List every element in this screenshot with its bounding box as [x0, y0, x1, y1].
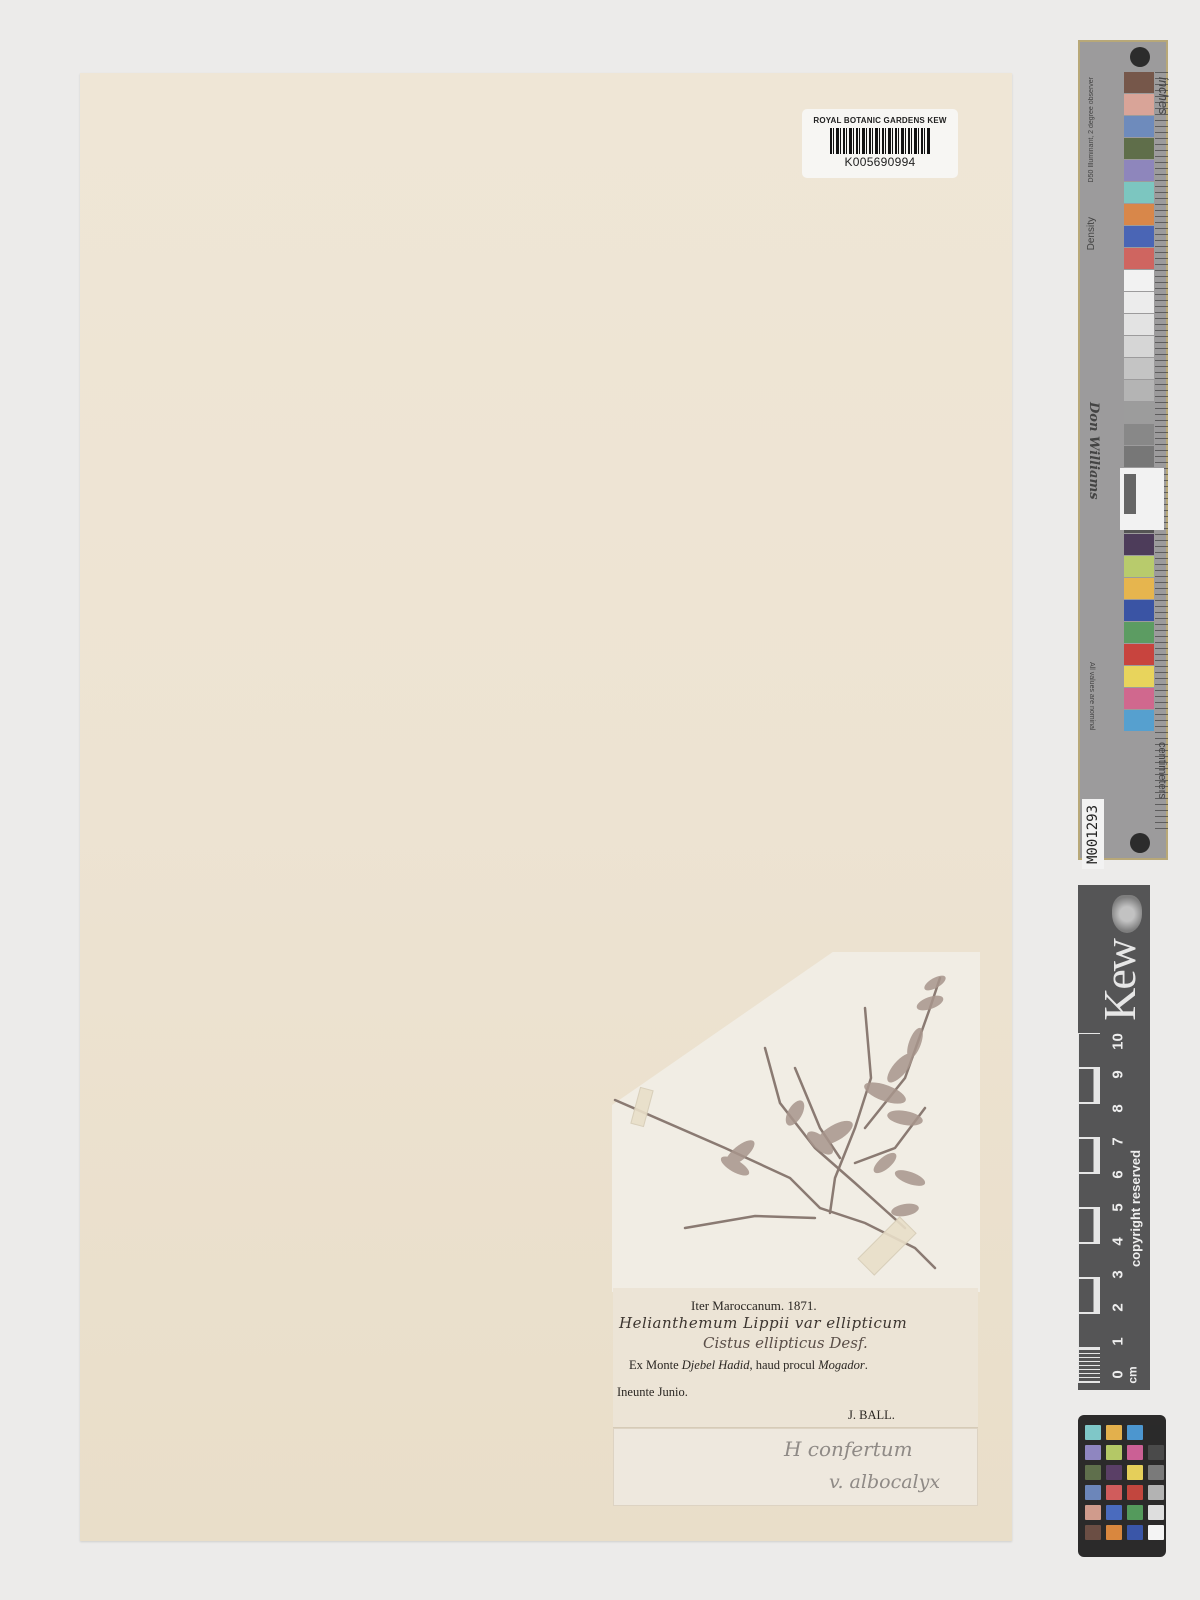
color-swatch [1124, 600, 1154, 621]
scale-number: 2 [1110, 1298, 1127, 1318]
scale-number: 10 [1110, 1032, 1127, 1052]
copyright-notice: copyright reserved [1128, 1033, 1143, 1383]
color-swatch [1124, 160, 1154, 181]
color-swatch [1124, 226, 1154, 247]
color-swatch [1124, 622, 1154, 643]
color-swatch [1124, 72, 1154, 93]
color-patch [1148, 1465, 1164, 1480]
determination-line-1: H confertum [784, 1437, 913, 1461]
barcode-number: K005690994 [802, 155, 958, 169]
scale-number: 9 [1110, 1065, 1127, 1085]
locality-prefix: Ex Monte [629, 1358, 682, 1372]
color-swatch [1124, 578, 1154, 599]
kew-crest-icon [1112, 895, 1142, 933]
color-patch [1106, 1505, 1122, 1520]
locality-end: . [865, 1358, 868, 1372]
color-swatch [1124, 666, 1154, 687]
color-patch [1085, 1505, 1101, 1520]
centimeter-scale [1078, 1033, 1100, 1383]
ruler-nominal-note: All values are nominal [1088, 662, 1095, 730]
kew-scale-bar: Kew 012345678910 copyright reserved cm [1078, 885, 1150, 1390]
color-patch [1148, 1425, 1164, 1440]
ruler-brand-label: Don Williams [1086, 402, 1101, 500]
color-swatch [1124, 138, 1154, 159]
color-swatch [1124, 292, 1154, 313]
ruler-hole-icon [1130, 833, 1150, 853]
color-swatch [1124, 336, 1154, 357]
scale-number: 0 [1110, 1364, 1127, 1384]
color-swatch [1124, 446, 1154, 467]
color-swatch [1124, 270, 1154, 291]
kew-logo: Kew [1093, 940, 1146, 1021]
handwritten-synonym: Cistus ellipticus Desf. [703, 1334, 868, 1352]
color-swatch [1124, 534, 1154, 555]
color-patch [1127, 1485, 1143, 1500]
scale-number: 1 [1110, 1331, 1127, 1351]
color-patch [1148, 1485, 1164, 1500]
color-patch [1127, 1525, 1143, 1540]
color-swatch [1124, 358, 1154, 379]
color-patch [1085, 1465, 1101, 1480]
color-swatch [1124, 182, 1154, 203]
collector: J. BALL. [848, 1408, 895, 1423]
color-swatch [1124, 248, 1154, 269]
color-swatch [1124, 710, 1154, 731]
color-swatch [1124, 556, 1154, 577]
color-patch [1106, 1445, 1122, 1460]
determination-slip: H confertum v. albocalyx [613, 1428, 978, 1506]
determination-line-2: v. albocalyx [829, 1471, 940, 1493]
gray-target [1120, 468, 1164, 530]
dried-plant-icon [605, 948, 980, 1288]
ruler-illuminant-label: D50 Illuminant, 2 degree observer [1088, 77, 1095, 182]
color-swatch [1124, 688, 1154, 709]
color-patch [1127, 1465, 1143, 1480]
barcode-icon [830, 128, 930, 154]
color-swatch [1124, 94, 1154, 115]
color-patch [1127, 1445, 1143, 1460]
unit-label: cm [1126, 1366, 1140, 1383]
barcode-label: ROYAL BOTANIC GARDENS KEW K005690994 [802, 109, 958, 178]
locality-mountain: Djebel Hadid [682, 1358, 750, 1372]
color-patch [1106, 1465, 1122, 1480]
color-swatch [1124, 380, 1154, 401]
color-patch [1085, 1445, 1101, 1460]
plant-specimen [605, 948, 980, 1288]
color-patch [1127, 1425, 1143, 1440]
color-patch [1106, 1525, 1122, 1540]
collection-label: Iter Maroccanum. 1871. Helianthemum Lipp… [613, 1288, 978, 1428]
color-patch [1148, 1505, 1164, 1520]
ruler-id-tag: M001293 [1082, 799, 1104, 869]
scale-number: 6 [1110, 1165, 1127, 1185]
color-swatch [1124, 116, 1154, 137]
locality-town: Mogador [818, 1358, 865, 1372]
color-patch [1085, 1525, 1101, 1540]
color-swatch [1124, 644, 1154, 665]
ruler-centimeters-label: centimeters [1156, 742, 1168, 799]
scale-number: 8 [1110, 1098, 1127, 1118]
copyright-text: copyright reserved [1128, 1149, 1143, 1266]
ruler-density-label: Density [1086, 217, 1097, 250]
color-patch [1106, 1485, 1122, 1500]
color-patch [1127, 1505, 1143, 1520]
ruler-hole-icon [1130, 47, 1150, 67]
handwritten-name: Helianthemum Lippii var ellipticum [619, 1314, 907, 1332]
color-patch [1085, 1425, 1101, 1440]
collection-date: Ineunte Junio. [617, 1385, 688, 1400]
color-swatch-strip [1124, 72, 1154, 732]
scale-numbers: 012345678910 [1108, 1033, 1128, 1383]
scale-number: 4 [1110, 1231, 1127, 1251]
locality: Ex Monte Djebel Hadid, haud procul Mogad… [629, 1358, 868, 1373]
color-swatch [1124, 314, 1154, 335]
color-patch [1106, 1425, 1122, 1440]
color-patch [1148, 1445, 1164, 1460]
scale-number: 5 [1110, 1198, 1127, 1218]
institution-name: ROYAL BOTANIC GARDENS KEW [802, 116, 958, 125]
color-swatch [1124, 204, 1154, 225]
color-swatch [1124, 402, 1154, 423]
color-checker-card [1078, 1415, 1166, 1557]
collection-title: Iter Maroccanum. 1871. [691, 1298, 817, 1314]
scale-number: 3 [1110, 1265, 1127, 1285]
ruler-inches-label: inches [1156, 77, 1171, 115]
color-patch [1085, 1485, 1101, 1500]
color-patch [1148, 1525, 1164, 1540]
locality-mid: , haud procul [749, 1358, 818, 1372]
ruler-tick-marks [1155, 72, 1168, 832]
color-swatch [1124, 424, 1154, 445]
scale-number: 7 [1110, 1131, 1127, 1151]
color-reference-ruler: inches D50 Illuminant, 2 degree observer… [1078, 40, 1168, 860]
